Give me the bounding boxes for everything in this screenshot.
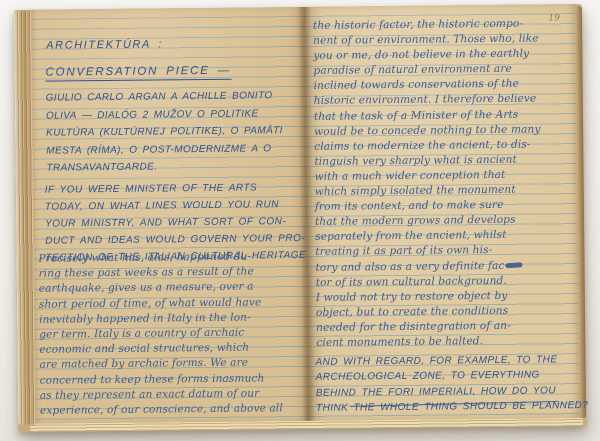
photo-background: ARCHITEKTÚRA : CONVERSATION PIECE — GIUL… (0, 0, 600, 441)
left-page: ARCHITEKTÚRA : CONVERSATION PIECE — GIUL… (32, 7, 308, 424)
handwritten-line: GIULIO CARLO ARGAN A ACHILLE BONITO (46, 87, 283, 107)
interview-answer-continued-block: the historic factor, the historic compo-… (313, 16, 543, 350)
handwritten-line: inevitably happened in Italy in the lon- (39, 310, 282, 328)
interview-answer-block: Precisely what has, alas, happened du-ri… (38, 249, 283, 419)
handwritten-line: which simply isolated the monument (315, 183, 542, 200)
ink-blot-correction (505, 262, 522, 268)
handwritten-line: that the modern grows and develops (315, 213, 542, 230)
handwritten-line: TRANSAVANTGARDE. (46, 158, 283, 178)
handwritten-line: tinguish very sharply what is ancient (314, 152, 541, 169)
handwritten-line: historic environment. I therefore believ… (314, 92, 541, 109)
page-number: 19 (548, 13, 560, 23)
right-page: 19 the historic factor, the historic com… (304, 4, 579, 421)
entry-title: CONVERSATION PIECE — (45, 65, 231, 82)
section-heading: ARCHITEKTÚRA : (46, 38, 163, 51)
notebook: ARCHITEKTÚRA : CONVERSATION PIECE — GIUL… (14, 4, 586, 432)
dialog-description-block: GIULIO CARLO ARGAN A ACHILLE BONITOOLIVA… (46, 87, 284, 177)
handwritten-line: KULTÚRA (KULTÚRNEJ POLITIKE), O PAMÄTI (46, 122, 283, 142)
handwritten-line: cient monuments to be halted. (316, 333, 543, 350)
handwritten-line: MESTA (RÍMA), O POST-MODERNIZME A O (46, 140, 283, 160)
handwritten-line: experience, of our conscience, and above… (40, 401, 283, 419)
handwritten-line: needed for the disintegration of an- (316, 318, 543, 335)
